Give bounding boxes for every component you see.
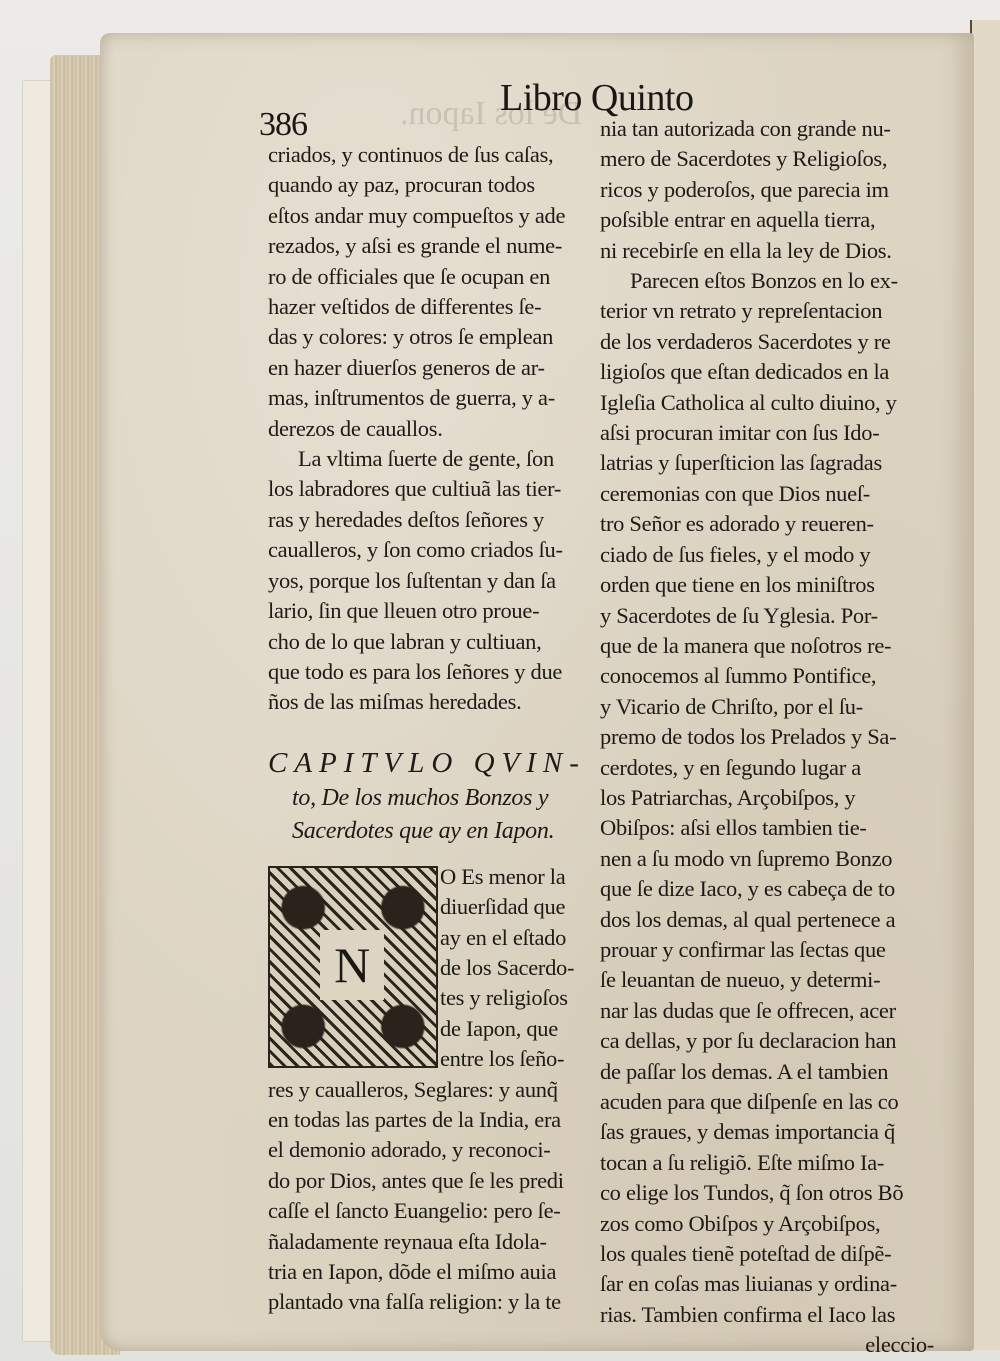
text-line: prouar y confirmar las ſectas que (600, 935, 934, 965)
text-line: diuerſidad que (440, 892, 588, 922)
text-line: rias. Tambien confirma el Iaco las (600, 1300, 934, 1330)
text-line: ſe leuantan de nueuo, y determi- (600, 965, 934, 995)
text-line: yos, porque los ſuſtentan y dan ſa (268, 566, 588, 596)
catchword: eleccio- (600, 1330, 934, 1360)
paragraph: La vltima ſuerte de gente, ſon los labra… (268, 444, 588, 718)
text-line: mas, inſtrumentos de guerra, y a- (268, 383, 588, 413)
text-line: co elige los Tundos, q̃ ſon otros Bõ (600, 1178, 934, 1208)
text-line: de los Sacerdo- (440, 953, 588, 983)
text-line: que de la manera que noſotros re- (600, 631, 934, 661)
text-line: conocemos al ſummo Pontifice, (600, 661, 934, 691)
text-line: nia tan autorizada con grande nu- (600, 114, 934, 144)
text-line: latrias y ſuperſticion las ſagradas (600, 448, 934, 478)
text-line: y Vicario de Chriſto, por el ſu- (600, 692, 934, 722)
text-line: de Iapon, que (440, 1014, 588, 1044)
chapter-heading: CAPITVLO QVIN- to, De los muchos Bonzos … (268, 744, 588, 848)
text-line: ceremonias con que Dios nueſ- (600, 479, 934, 509)
text-line: ſar en coſas mas liuianas y ordina- (600, 1269, 934, 1299)
text-line: que ſe dize Iaco, y es cabeça de to (600, 874, 934, 904)
text-line: cho de lo que labran y cultiuan, (268, 627, 588, 657)
text-line: das y colores: y otros ſe emplean (268, 322, 588, 352)
text-line: los labradores que cultiuã las tier- (268, 474, 588, 504)
text-line: ciado de ſus fieles, y el modo y (600, 540, 934, 570)
text-line: rezados, y aſsi es grande el nume- (268, 231, 588, 261)
dropcap-paragraph: N O Es menor la diuerſidad que ay en el … (268, 862, 588, 1318)
text-line: ñaladamente reynaua eſta Idola- (268, 1227, 588, 1257)
text-line: eſtos andar muy compueſtos y ade (268, 201, 588, 231)
text-line: res y caualleros, Seglares: y aunq̃ (268, 1075, 588, 1105)
text-line: dos los demas, al qual pertenece a (600, 905, 934, 935)
text-line: La vltima ſuerte de gente, ſon (268, 444, 588, 474)
text-line: lario, ſin que lleuen otro proue- (268, 596, 588, 626)
chapter-subtitle: Sacerdotes que ay en Iapon. (268, 815, 588, 848)
text-line: poſsible entrar en aquella tierra, (600, 205, 934, 235)
text-line: Igleſia Catholica al culto diuino, y (600, 388, 934, 418)
text-line: que todo es para los ſeñores y due (268, 657, 588, 687)
ornamental-initial-icon: N (268, 866, 438, 1068)
text-line: ras y heredades deſtos ſeñores y (268, 505, 588, 535)
facing-page-edge (970, 20, 1000, 1350)
text-line: ſas graues, y demas importancia q̃ (600, 1117, 934, 1147)
paragraph: criados, y continuos de ſus caſas, quand… (268, 140, 588, 444)
text-line: tes y religioſos (440, 983, 588, 1013)
text-line: ños de las miſmas heredades. (268, 687, 588, 717)
text-line: de paſſar los demas. A el tambien (600, 1057, 934, 1087)
text-line: ro de officiales que ſe ocupan en (268, 262, 588, 292)
text-line: ni recebirſe en ella la ley de Dios. (600, 236, 934, 266)
text-line: zos como Obiſpos y Arçobiſpos, (600, 1209, 934, 1239)
initial-letter: N (320, 930, 384, 1000)
text-line: caſſe el ſancto Euangelio: pero ſe- (268, 1196, 588, 1226)
text-line: quando ay paz, procuran todos (268, 170, 588, 200)
text-line: nar las dudas que ſe offrecen, acer (600, 996, 934, 1026)
right-column: nia tan autorizada con grande nu- mero d… (600, 114, 934, 1361)
text-line: los quales tienẽ poteſtad de diſpẽ- (600, 1239, 934, 1269)
text-line: aſsi procuran imitar con ſus Ido- (600, 418, 934, 448)
chapter-title: CAPITVLO QVIN- (268, 744, 588, 782)
paragraph: nia tan autorizada con grande nu- mero d… (600, 114, 934, 266)
text-line: en hazer diuerſos generos de ar- (268, 353, 588, 383)
text-line: O Es menor la (440, 862, 588, 892)
text-line: tocan a ſu religiõ. Eſte miſmo Ia- (600, 1148, 934, 1178)
text-line: en todas las partes de la India, era (268, 1105, 588, 1135)
text-line: cerdotes, y en ſegundo lugar a (600, 753, 934, 783)
text-line: caualleros, y ſon como criados ſu- (268, 535, 588, 565)
left-column: criados, y continuos de ſus caſas, quand… (268, 140, 588, 1318)
text-line: tro Señor es adorado y reueren- (600, 509, 934, 539)
paragraph: Parecen eſtos Bonzos en lo ex- terior vn… (600, 266, 934, 1330)
text-line: Obiſpos: aſsi ellos tambien tie- (600, 813, 934, 843)
text-line: ligioſos que eſtan dedicados en la (600, 357, 934, 387)
text-line: orden que tiene en los miniſtros (600, 570, 934, 600)
text-line: tria en Iapon, dõde el miſmo auia (268, 1257, 588, 1287)
text-line: ca dellas, y por ſu declaracion han (600, 1026, 934, 1056)
text-line: el demonio adorado, y reconoci- (268, 1135, 588, 1165)
text-line: hazer veſtidos de differentes ſe- (268, 292, 588, 322)
text-line: nen a ſu modo vn ſupremo Bonzo (600, 844, 934, 874)
text-line: plantado vna falſa religion: y la te (268, 1287, 588, 1317)
text-line: acuden para que diſpenſe en las co (600, 1087, 934, 1117)
text-line: ricos y poderoſos, que parecia im (600, 175, 934, 205)
text-line: de los verdaderos Sacerdotes y re (600, 327, 934, 357)
text-line: premo de todos los Prelados y Sa- (600, 722, 934, 752)
text-line: ay en el eſtado (440, 923, 588, 953)
text-line: y Sacerdotes de ſu Yglesia. Por- (600, 601, 934, 631)
text-line: entre los ſeño- (440, 1044, 588, 1074)
text-line: Parecen eſtos Bonzos en lo ex- (600, 266, 934, 296)
text-line: derezos de cauallos. (268, 414, 588, 444)
page-number: 386 (259, 106, 307, 144)
text-line: do por Dios, antes que ſe les predi (268, 1166, 588, 1196)
text-line: criados, y continuos de ſus caſas, (268, 140, 588, 170)
text-line: los Patriarchas, Arçobiſpos, y (600, 783, 934, 813)
chapter-subtitle: to, De los muchos Bonzos y (268, 782, 588, 815)
text-line: terior vn retrato y repreſentacion (600, 296, 934, 326)
text-line: mero de Sacerdotes y Religioſos, (600, 144, 934, 174)
